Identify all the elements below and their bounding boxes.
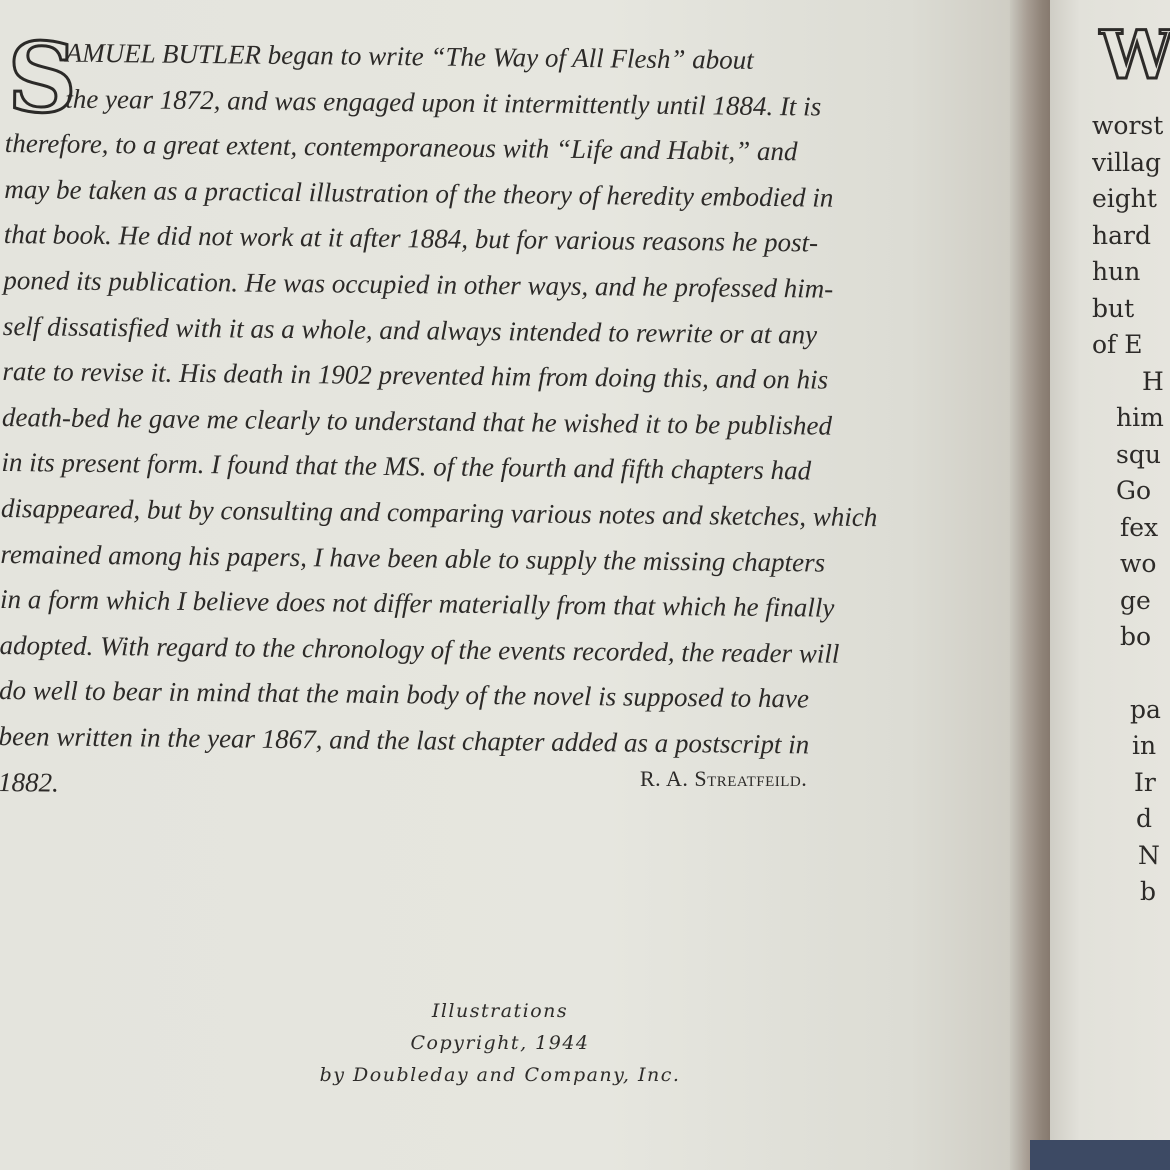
right-page-text: W worst villag eight hard hun but of E H… <box>1092 20 1170 911</box>
background-surface <box>1030 1140 1170 1170</box>
line-text: the year 1872, and was engaged upon it i… <box>65 76 821 130</box>
right-line: bo <box>1092 619 1170 656</box>
imprint-publisher: by Doubleday and Company, Inc. <box>250 1059 750 1091</box>
right-line: Ir <box>1092 765 1170 802</box>
right-line: wo <box>1092 546 1170 583</box>
preface-paragraph: S AMUEL BUTLER began to write “The Way o… <box>0 30 966 815</box>
line-text: therefore, to a great extent, contempora… <box>5 121 798 175</box>
right-line: villag <box>1092 145 1170 182</box>
right-line: hun <box>1092 254 1170 291</box>
right-line: but <box>1092 291 1170 328</box>
right-line: eight <box>1092 181 1170 218</box>
line-text: been written in the year 1867, and the l… <box>0 714 809 768</box>
right-line: hard <box>1092 218 1170 255</box>
line-text: began to write “The Way of All Flesh” ab… <box>268 40 754 75</box>
right-line: fex <box>1092 510 1170 547</box>
right-line: b <box>1092 874 1170 911</box>
preface-signature: R. A. Streatfeild. <box>640 766 807 792</box>
line-content: AMUEL BUTLER began to write “The Way of … <box>66 31 754 84</box>
right-line: d <box>1092 801 1170 838</box>
right-line: of E <box>1092 327 1170 364</box>
right-line: squ <box>1092 437 1170 474</box>
imprint-illustrations: Illustrations <box>250 995 750 1027</box>
right-line: ge <box>1092 583 1170 620</box>
author-name-caps: AMUEL BUTLER <box>66 38 262 70</box>
right-paragraph-gap <box>1092 656 1170 692</box>
right-line: Go <box>1092 473 1170 510</box>
right-line: him <box>1092 400 1170 437</box>
right-line: worst <box>1092 108 1170 145</box>
right-line: H <box>1092 364 1170 401</box>
right-line: in <box>1092 728 1170 765</box>
right-drop-cap-letter: W <box>1100 20 1170 108</box>
right-line: N <box>1092 838 1170 875</box>
line-text: 1882. <box>0 759 59 805</box>
right-line: pa <box>1092 692 1170 729</box>
imprint-copyright-year: Copyright, 1944 <box>250 1027 750 1059</box>
copyright-imprint: Illustrations Copyright, 1944 by Doubled… <box>250 995 750 1091</box>
